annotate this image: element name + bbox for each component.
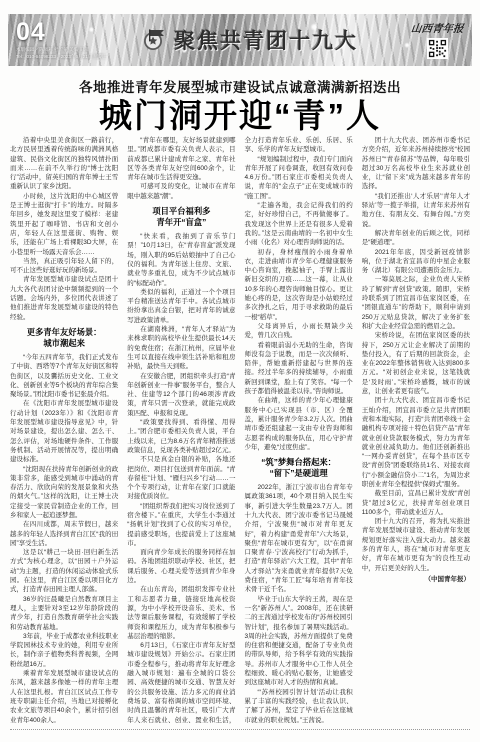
body-paragraph: “走遍各地，我会记得我们的约定，好好珍惜自己，不再做傻事了。我发现这个世界上还是… — [245, 201, 353, 247]
body-paragraph: 团十九大代表、团宜昌市委书记王灿介绍，团宜昌市委立足共青团职责和本地实际，打造“… — [362, 396, 470, 489]
body-paragraph: “今年五四青年节，我们正式发布了中街、西塔等7个青年友好街区和特色街区，以及囊括… — [10, 353, 118, 399]
section-heading: 更多青年友好场景：城市潮起来 — [10, 327, 118, 349]
source-attribution: （中国青年报） — [362, 575, 470, 584]
body-paragraph: 团十九大的召开，将为扎实推进青年发展型城市建设、推动青年发展规划更好落实注入强大… — [362, 517, 470, 573]
body-paragraph: 乘着青年发展型城市建设试点的东风，越来越多像她一样的青年主理人在这里扎根。青白江… — [10, 669, 118, 725]
body-paragraph: 宋桥玲说，在团伍家岗区委的扶持下，250万元让企业解决了前期的垫付投入，有了后期… — [362, 331, 470, 396]
page-info: 04 本版编辑／陈凤莉 杜沂蒙 美编 田沛 Tel：010-64098333 2… — [16, 20, 107, 61]
body-paragraph: “快来看，我抽到了音乐节门票！”10月13日，在“青春盲盒”派发现场，刚入职的9… — [127, 232, 235, 288]
body-paragraph: 初春，身材瘦削的小雨身着单衣，走进曲靖市青少年心理健康服务中心咨询室，挽起袖子，… — [245, 248, 353, 322]
page-number: 04 — [16, 20, 107, 45]
body-paragraph: 解决青年创业的后顾之忧，同样是“硬道理”。 — [362, 229, 470, 248]
body-paragraph: 在四川成都，周末节假日，越来越多的年轻人选择到青白江区“我的田园”享受生活。 — [10, 520, 118, 548]
body-paragraph: 在山东青岛，团组织发挥专业社工和志愿者力量，链接驻地高校资源，为中小学校开设音乐… — [127, 585, 235, 641]
body-paragraph: 看着眼前弱小无助的生命，咨询师没有急于说教，而是一次次倾听、陪伴，帮她重新搭建起… — [245, 341, 353, 397]
banner-center: 聚焦共青团十九大 — [141, 25, 358, 55]
youth-league-emblem-icon — [141, 27, 167, 53]
banner-right: 山西青年报 — [411, 21, 464, 59]
body-paragraph: 在《沈阳市青年发展型城市建设行动计划（2023年）》和《沈阳市青年发展型城市建设… — [10, 399, 118, 464]
body-paragraph: 父母离异后，小雨长期缺少关爱，曾几次自残。 — [245, 322, 353, 341]
article-title: 城门洞开迎“青”人 — [0, 90, 480, 137]
body-paragraph: “政策要找得到、看得懂、用得上。”团合肥市委相关负责人说，平台上线以来，已为8.… — [127, 418, 235, 455]
body-paragraph: 2022年，浙江宁波市出台青年专属政策361项，40个项目纳入民生实事，新引进大… — [245, 483, 353, 595]
body-paragraph: 可感可及的变化，让城市在青年眼中越来越“潮”。 — [127, 182, 235, 201]
body-paragraph: 在湖南株洲，“青年人才驿站”为来株求职的高校毕业生提供最长14天的免费住宿；在浙… — [127, 325, 235, 371]
body-paragraph: “青年在哪里，友好场景就建到哪里。”团成都市委有关负责人表示，目前成都已累计建成… — [127, 136, 235, 182]
body-paragraph: 一筹莫展之际，企业负责人宋桥玲了解到“青创贷”政策。随即，宋桥玲联系到了团宜昌市… — [362, 275, 470, 331]
body-paragraph: 2021年年底，因受新冠疫情影响，位于湖北省宜昌市的中星企业服务（湖北）有限公司… — [362, 248, 470, 276]
edition-line-1: 本版编辑／陈凤莉 杜沂蒙 美编 田沛 — [16, 47, 107, 54]
body-paragraph: 团十九大代表、团苏州市委书记方奕介绍，近年来苏州持续擦亮“校园苏州日”“青春留苏… — [362, 136, 470, 192]
page-banner: 04 本版编辑／陈凤莉 杜沂蒙 美编 田沛 Tel：010-64098333 2… — [8, 14, 472, 66]
section-heading: “筑”梦舞台搭起来：“留下”是硬道理 — [245, 457, 353, 479]
body-paragraph: 小时候，这片沈阳的中心城区曾是王博士逛街“打卡”的地方。时隔多年回乡，她发现这里… — [10, 192, 118, 257]
body-paragraph: 在曲靖，这样的青少年心理健康服务中心已实现县（市、区）全覆盖，累计服务青少年3.… — [245, 396, 353, 452]
newspaper-page: 04 本版编辑／陈凤莉 杜沂蒙 美编 田沛 Tel：010-64098333 2… — [0, 0, 480, 742]
body-paragraph: 在安徽合肥，团组织牵头打造“青年创新创业一件事”服务平台，整合人社、住建等12个… — [127, 372, 235, 418]
body-paragraph: 类似的福利，正通过一个个项目平台精准送达青年手中。各试点城市纷纷拿出真金白银，把… — [127, 288, 235, 325]
qr-code-icon — [427, 38, 448, 59]
body-paragraph: 当然，真正吸引年轻人留下的，可不止这些好逛好玩的新场景。 — [10, 257, 118, 276]
edition-line-2: Tel：010-64098333 2023年6月21日 星期三 — [16, 54, 107, 61]
article-body: 沿着中央里美食街区一路前行，北方民居里透着传统韵味的满洲风格建筑、民俗文化街区的… — [10, 136, 470, 730]
body-paragraph: “规划编制过程中，我们专门面向青年开展了问卷调查，收回有效问卷4.6万份。”团石… — [245, 155, 353, 201]
body-paragraph: “‘苏州校园引智计划’活动让我积累了丰富的实践经验，也让我认识、了解了苏州，坚定… — [245, 688, 353, 725]
body-paragraph: 这是以“耕己一块田·回归新生活方式”为核心理念，以“田园＋户外运动”为主题，打造… — [10, 548, 118, 594]
banner-title: 聚焦共青团十九大 — [174, 25, 358, 55]
edition-info: 本版编辑／陈凤莉 杜沂蒙 美编 田沛 Tel：010-64098333 2023… — [16, 47, 107, 61]
body-paragraph: 面向青少年成长的服务同样在加码。各地团组织联动学校、社区，把课后服务、心理关爱等… — [127, 548, 235, 585]
body-paragraph: 青年发展型城市建设试点是团十九大各代表团讨论中频频提到的一个话题。会场内外，多位… — [10, 275, 118, 321]
body-paragraph: 3年前，毕业于成都农业科技职业学院园林技术专业的她，利用专业所长，制作亲子植物类… — [10, 632, 118, 669]
masthead-logo: 山西青年报 — [411, 21, 465, 36]
body-paragraph: “沈阳现在扶持青年创新创业的政策非常多，能感受到城市中涌动的青春活力、欣欣向荣的… — [10, 465, 118, 521]
body-paragraph: 截至目前，宜昌已累计发放“青创贷”超过3亿元，扶持青年创业项目1100多个，带动… — [362, 489, 470, 517]
body-paragraph: 36岁的汪晨曦是自然教育项目主理人，主要针对3至12岁年龄阶段的青少年，打造自然… — [10, 595, 118, 632]
section-heading: 项目平台福利多青年开“盲盒” — [127, 206, 235, 228]
body-paragraph: 毕业于山东大学的王茜，现在是一名“新苏州人”。2008年，还在读研二的王茜通过学… — [245, 595, 353, 688]
body-paragraph: “团组织帮我们把实习岗位送到了宿舍楼下。”在重庆，大学生小李通过“扬帆计划”找到… — [127, 502, 235, 548]
body-paragraph: 不只是真金白银的补贴，各地还把岗位、项目打包送到青年面前。“青春留桂”计划、“雁… — [127, 455, 235, 501]
body-paragraph: “我们还推出‘人才乐居’‘青年人才驿站’等一揽子举措，让青年来苏州有地方住、有朋… — [362, 192, 470, 229]
body-paragraph: 沿着中央里美食街区一路前行，北方民居里透着传统韵味的满洲风格建筑、民俗文化街区的… — [10, 136, 118, 192]
